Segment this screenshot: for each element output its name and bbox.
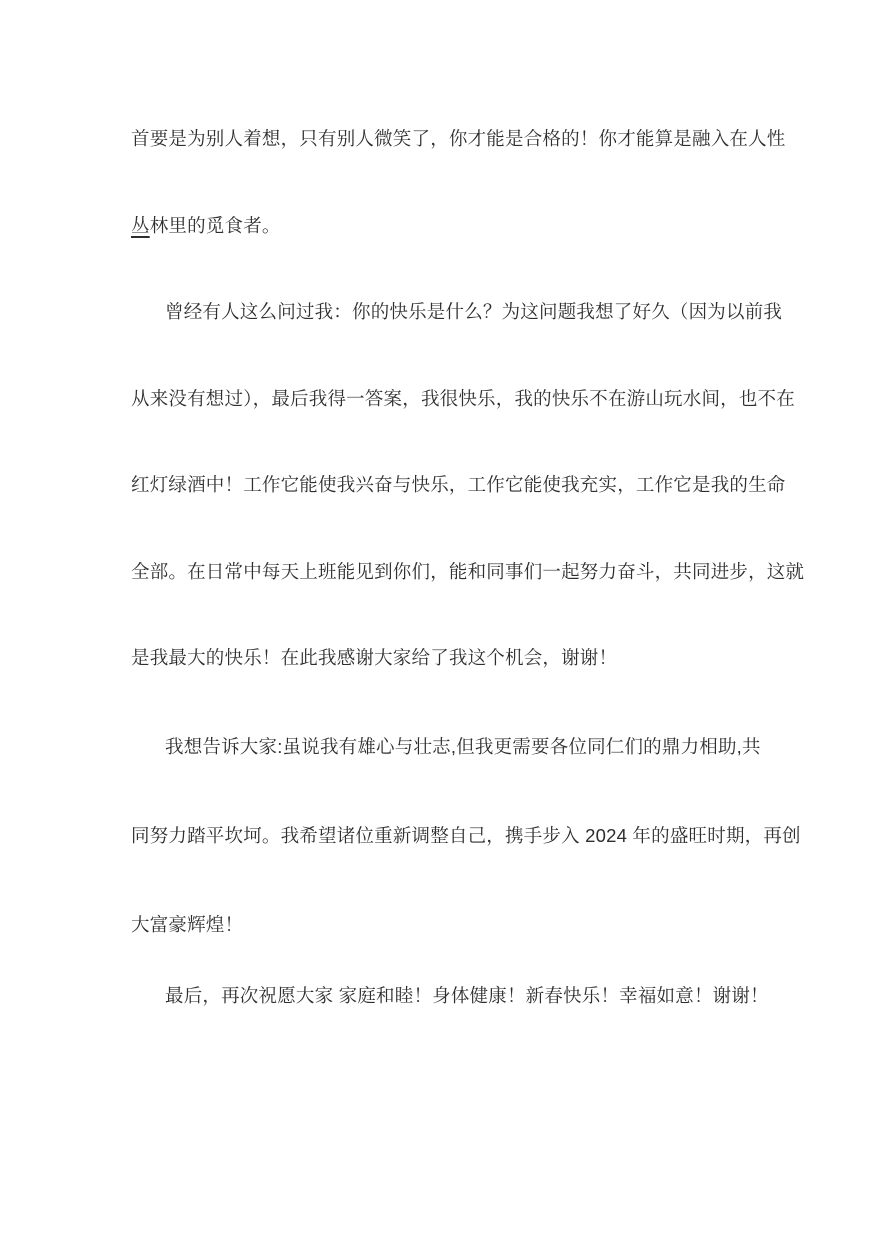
text-line: 丛林里的觅食者。 [131, 183, 759, 270]
text-line: 我想告诉大家:虽说我有雄心与壮志,但我更需要各位同仁们的鼎力相助,共 [131, 702, 759, 791]
text-line: 曾经有人这么问过我：你的快乐是什么？为这问题我想了好久（因为以前我 [131, 269, 759, 356]
text-line: 最后，再次祝愿大家 家庭和睦！身体健康！新春快乐！幸福如意！谢谢！ [131, 953, 759, 1040]
document-page: 首要是为别人着想，只有别人微笑了，你才能是合格的！你才能算是融入在人性 丛林里的… [0, 0, 884, 1250]
underlined-text: 丛 [131, 215, 150, 236]
text-line: 同努力踏平坎坷。我希望诸位重新调整自己，携手步入 2024 年的盛旺时期，再创 [131, 791, 759, 880]
text-line: 红灯绿酒中！工作它能使我兴奋与快乐，工作它能使我充实，工作它是我的生命 [131, 442, 759, 529]
paragraph: 我想告诉大家:虽说我有雄心与壮志,但我更需要各位同仁们的鼎力相助,共 同努力踏平… [131, 702, 759, 969]
text-line: 全部。在日常中每天上班能见到你们，能和同事们一起努力奋斗，共同进步，这就 [131, 529, 759, 616]
paragraph: 首要是为别人着想，只有别人微笑了，你才能是合格的！你才能算是融入在人性 丛林里的… [131, 96, 759, 269]
text-line: 首要是为别人着想，只有别人微笑了，你才能是合格的！你才能算是融入在人性 [131, 96, 759, 183]
text-segment: 林里的觅食者。 [150, 215, 281, 236]
text-line: 是我最大的快乐！在此我感谢大家给了我这个机会，谢谢！ [131, 615, 759, 702]
paragraph: 曾经有人这么问过我：你的快乐是什么？为这问题我想了好久（因为以前我 从来没有想过… [131, 269, 759, 702]
text-line: 从来没有想过），最后我得一答案，我很快乐，我的快乐不在游山玩水间，也不在 [131, 356, 759, 443]
paragraph: 最后，再次祝愿大家 家庭和睦！身体健康！新春快乐！幸福如意！谢谢！ [131, 953, 759, 1040]
